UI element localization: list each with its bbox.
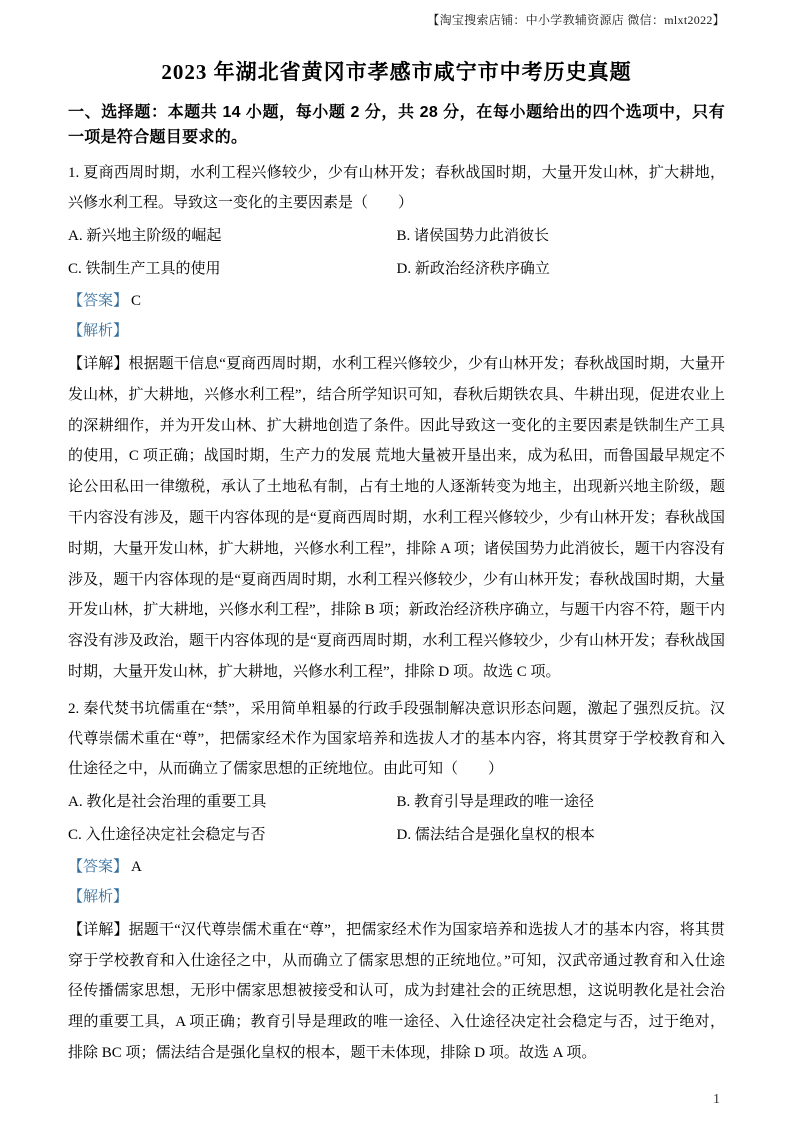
answer-label: 【答案】 <box>68 859 128 875</box>
question-1-option-a: A. 新兴地主阶级的崛起 <box>68 220 397 253</box>
section-intro: 一、选择题：本题共 14 小题，每小题 2 分，共 28 分，在每小题给出的四个… <box>68 100 725 150</box>
question-2-answer-value: A <box>131 859 142 875</box>
question-1-analysis-line: 【解析】 <box>68 316 725 346</box>
document-page: 【淘宝搜索店铺：中小学教辅资源店 微信：mlxt2022】 2023 年湖北省黄… <box>68 0 725 1069</box>
question-1-answer-line: 【答案】C <box>68 286 725 316</box>
question-1-detail: 【详解】根据题干信息“夏商西周时期，水利工程兴修较少，少有山林开发；春秋战国时期… <box>68 349 725 688</box>
question-2-detail: 【详解】据题干“汉代尊崇儒术重在“尊”，把儒家经术作为国家培养和选拔人才的基本内… <box>68 915 725 1069</box>
analysis-label: 【解析】 <box>68 889 128 905</box>
page-title: 2023 年湖北省黄冈市孝感市咸宁市中考历史真题 <box>68 58 725 86</box>
question-2-option-b: B. 教育引导是理政的唯一途径 <box>397 786 726 819</box>
question-2-stem: 2. 秦代焚书坑儒重在“禁”，采用简单粗暴的行政手段强制解决意识形态问题，激起了… <box>68 694 725 784</box>
question-1-stem: 1. 夏商西周时期，水利工程兴修较少，少有山林开发；春秋战国时期，大量开发山林，… <box>68 158 725 218</box>
analysis-label: 【解析】 <box>68 323 128 339</box>
page-number: 1 <box>713 1092 720 1108</box>
question-1-option-c: C. 铁制生产工具的使用 <box>68 253 397 286</box>
question-2-options: A. 教化是社会治理的重要工具 B. 教育引导是理政的唯一途径 C. 入仕途径决… <box>68 786 725 852</box>
question-2-options-row-ab: A. 教化是社会治理的重要工具 B. 教育引导是理政的唯一途径 <box>68 786 725 819</box>
question-2-answer-line: 【答案】A <box>68 852 725 882</box>
question-2-option-c: C. 入仕途径决定社会稳定与否 <box>68 819 397 852</box>
question-1-option-b: B. 诸侯国势力此消彼长 <box>397 220 726 253</box>
question-2-options-row-cd: C. 入仕途径决定社会稳定与否 D. 儒法结合是强化皇权的根本 <box>68 819 725 852</box>
question-2-option-a: A. 教化是社会治理的重要工具 <box>68 786 397 819</box>
question-1-options-row-cd: C. 铁制生产工具的使用 D. 新政治经济秩序确立 <box>68 253 725 286</box>
question-1-answer-value: C <box>131 293 141 309</box>
question-1-options: A. 新兴地主阶级的崛起 B. 诸侯国势力此消彼长 C. 铁制生产工具的使用 D… <box>68 220 725 286</box>
header-note: 【淘宝搜索店铺：中小学教辅资源店 微信：mlxt2022】 <box>68 0 725 28</box>
answer-label: 【答案】 <box>68 293 128 309</box>
question-2-option-d: D. 儒法结合是强化皇权的根本 <box>397 819 726 852</box>
question-2-analysis-line: 【解析】 <box>68 882 725 912</box>
question-1-options-row-ab: A. 新兴地主阶级的崛起 B. 诸侯国势力此消彼长 <box>68 220 725 253</box>
question-1-option-d: D. 新政治经济秩序确立 <box>397 253 726 286</box>
